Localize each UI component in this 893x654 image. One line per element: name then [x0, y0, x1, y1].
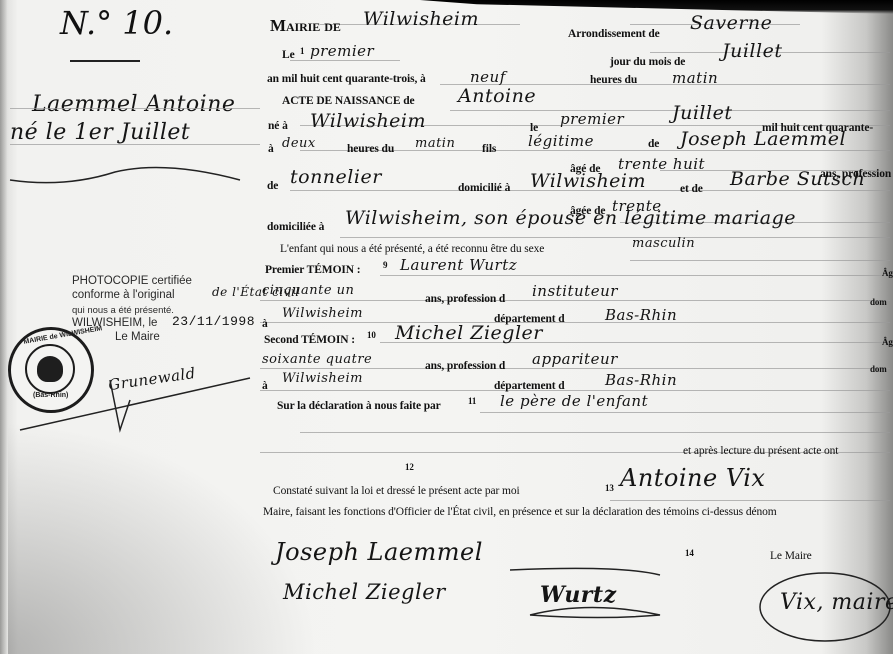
a-label-w1: à [262, 318, 268, 330]
scan-top-shadow [420, 0, 893, 14]
ne-a-label: né à [268, 120, 288, 132]
arrondissement-label: Arrondissement de [568, 28, 660, 40]
certification-line-3: qui nous a été présenté. [72, 304, 174, 318]
constate-text: Constaté suivant la loi et dressé le pré… [273, 485, 520, 497]
domiciliee-label: domiciliée à [267, 221, 324, 233]
right-edge-age-2: Âg [882, 337, 893, 347]
fils-label: fils [482, 143, 496, 155]
signature-mayor: Vix, maire [780, 590, 893, 615]
certification-date: 23/11/1998 [172, 314, 255, 329]
departement-label-2: département d [494, 380, 565, 392]
margin-child-name: Laemmel Antoine [32, 92, 235, 117]
certification-signature-stroke [15, 370, 255, 440]
de-label-2: de [267, 180, 278, 192]
witness2-age: soixante quatre [262, 352, 372, 367]
witness2-departement: Bas-Rhin [605, 371, 677, 389]
witness2-domicile: Wilwisheim [282, 371, 363, 386]
margin-flourish [5, 160, 245, 190]
birth-month: Juillet [672, 102, 732, 124]
lecture-text: et après lecture du présent acte ont [683, 445, 838, 457]
declarant: le père de l'enfant [500, 392, 648, 410]
month: Juillet [722, 40, 782, 62]
heures-du-label: heures du [590, 74, 637, 86]
father-profession: tonnelier [290, 166, 382, 188]
year-text: an mil huit cent quarante-trois, à [267, 73, 426, 85]
mother-domicile: Wilwisheim, son épouse en légitime maria… [345, 207, 796, 229]
a-label-w2: à [262, 380, 268, 392]
witness2-label: Second TÉMOIN : [264, 334, 355, 346]
signature-father: Joseph Laemmel [275, 538, 483, 566]
declaration-label: Sur la déclaration à nous faite par [277, 400, 441, 412]
child-name: Antoine [458, 85, 536, 107]
father-name: Joseph Laemmel [680, 128, 846, 150]
father-domicile: Wilwisheim [530, 170, 646, 192]
acte-label: ACTE DE NAISSANCE de [282, 95, 415, 107]
mayor-name: Antoine Vix [620, 464, 765, 492]
witness2-name: Michel Ziegler [395, 322, 543, 344]
mother-name: Barbe Sutsch [730, 168, 865, 190]
heures-du-label-2: heures du [347, 143, 394, 155]
witness1-age: cinquante un [262, 283, 354, 298]
presented-text: L'enfant qui nous a été présenté, a été … [280, 243, 544, 255]
right-edge-dom-1: dom [870, 297, 887, 307]
certification-line-2: conforme à l'original [72, 289, 175, 303]
witness2-profession: appariteur [532, 350, 618, 368]
birth-time-of-day: matin [415, 136, 455, 151]
a-label: à [268, 143, 274, 155]
legitimacy: légitime [528, 132, 594, 150]
margin-birth-note: né le 1er Juillet [10, 120, 190, 145]
certification-signatory: Le Maire [115, 331, 160, 345]
et-de-label: et de [680, 183, 703, 195]
le-label: Le [282, 49, 295, 61]
right-edge-age-1: Âg [882, 268, 893, 278]
signature-witness1: Wurtz [540, 582, 617, 608]
right-edge-dom-2: dom [870, 364, 887, 374]
witness1-profession: instituteur [532, 282, 618, 300]
de-label: de [648, 138, 659, 150]
scan-left-edge [0, 0, 8, 654]
maire-text: Maire, faisant les fonctions d'Officier … [263, 506, 777, 518]
jour-du-mois-label: jour du mois de [610, 56, 685, 68]
birth-day: premier [560, 110, 624, 128]
le-maire-label: Le Maire [770, 550, 812, 562]
ans-prof-label: ans, profession d [425, 293, 505, 305]
witness1-departement: Bas-Rhin [605, 306, 677, 324]
witness1-name: Laurent Wurtz [400, 256, 517, 274]
day: premier [310, 42, 374, 60]
birth-certificate-scan: N.° 10. Laemmel Antoine né le 1er Juille… [0, 0, 893, 654]
sex: masculin [632, 236, 695, 251]
arrondissement: Saverne [690, 12, 772, 34]
birth-place: Wilwisheim [310, 110, 426, 132]
hour: neuf [470, 68, 506, 86]
record-number: N.° 10. [60, 4, 173, 42]
commune: Wilwisheim [363, 8, 479, 30]
domicilie-label: domicilié à [458, 182, 510, 194]
certification-line-1: PHOTOCOPIE certifiée [72, 275, 192, 289]
ans-prof-label-2: ans, profession d [425, 360, 505, 372]
time-of-day: matin [672, 69, 718, 87]
witness1-domicile: Wilwisheim [282, 306, 363, 321]
mairie-label: Mairie de [270, 16, 341, 36]
witness1-label: Premier TÉMOIN : [265, 264, 361, 276]
signature-witness2: Michel Ziegler [283, 580, 446, 604]
birth-hour: deux [282, 136, 316, 151]
